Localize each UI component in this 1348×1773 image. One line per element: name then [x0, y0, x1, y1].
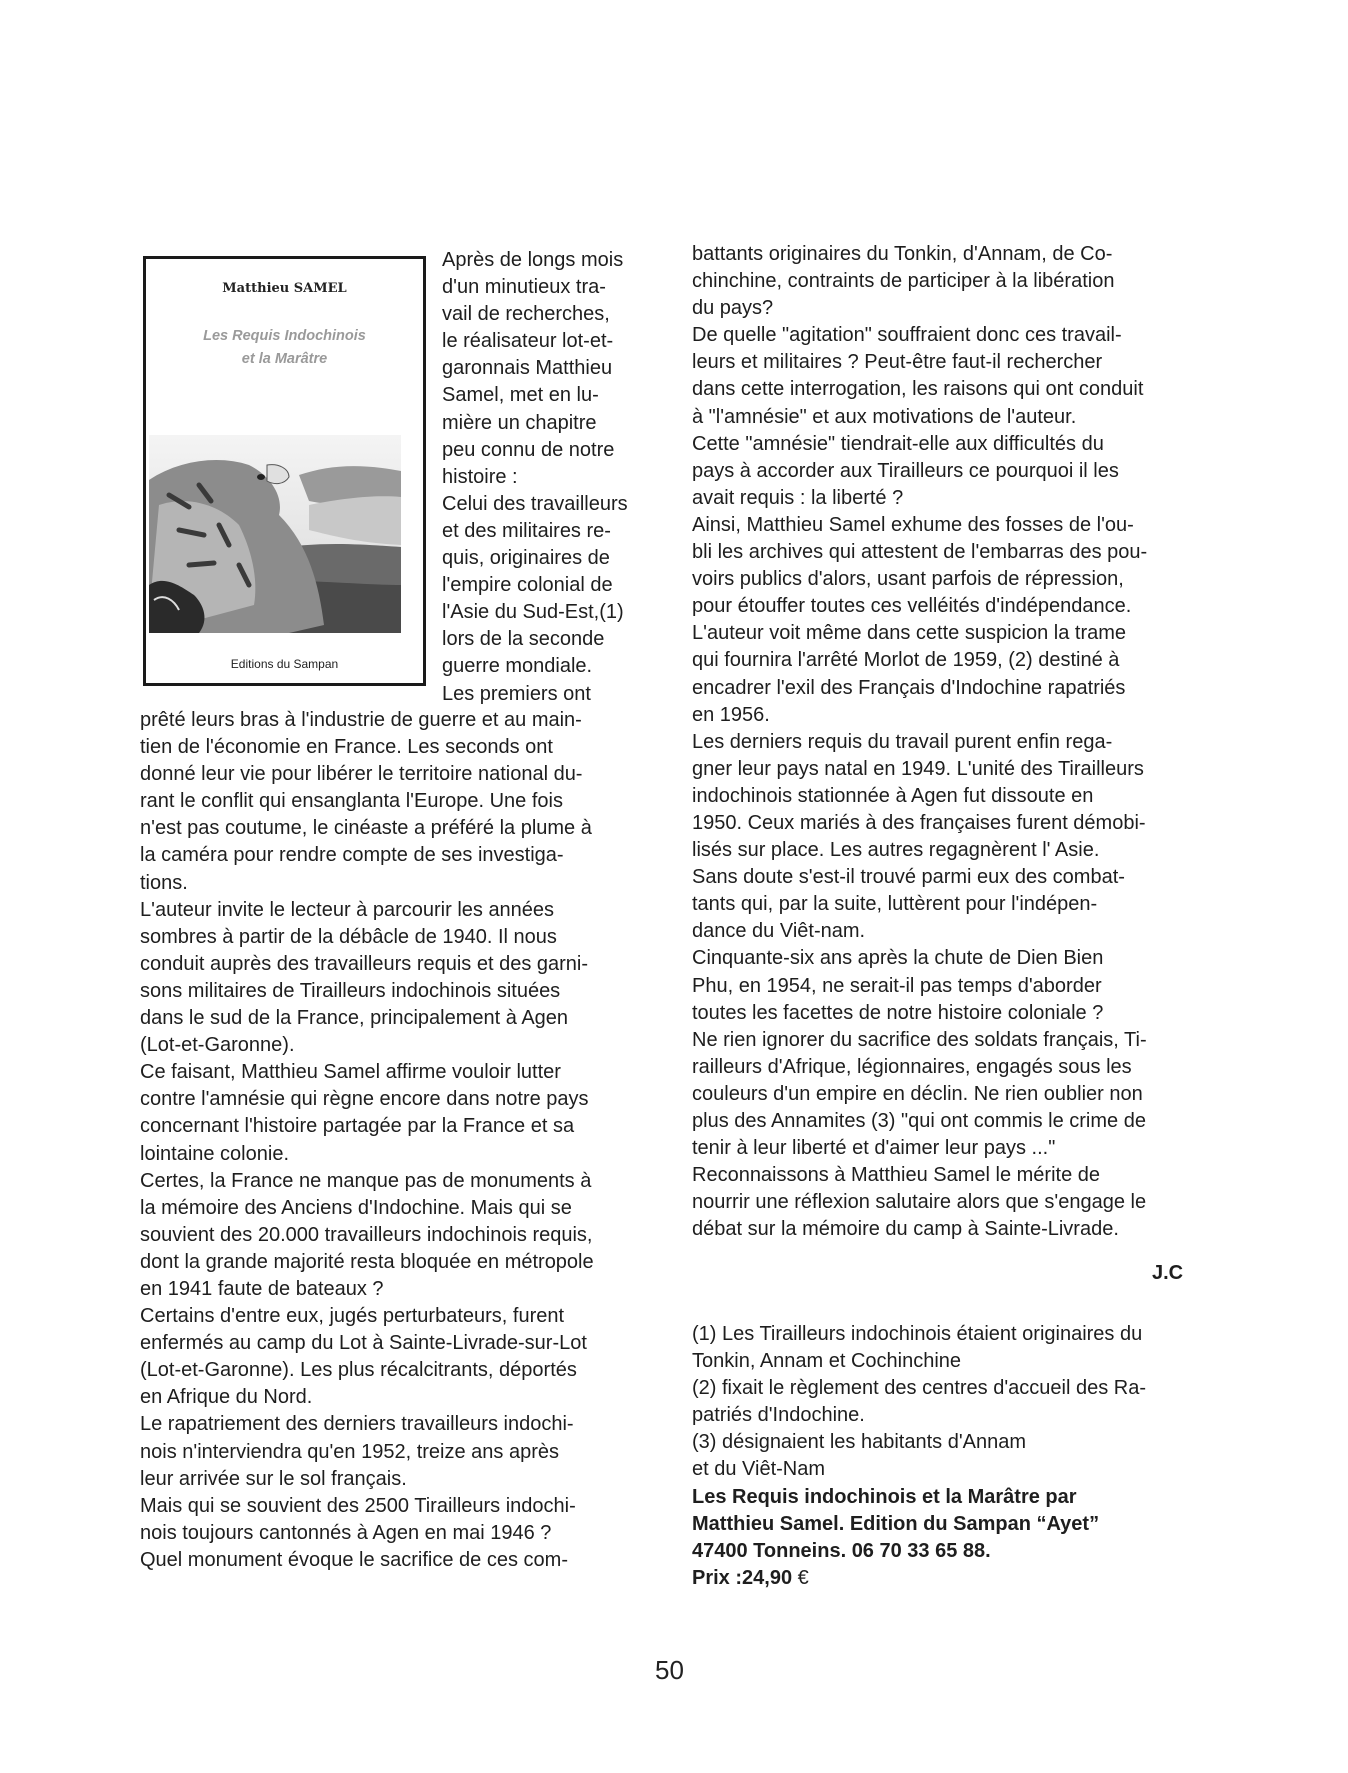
text-line: Le rapatriement des derniers travailleur… — [140, 1411, 660, 1438]
book-cover-image: Matthieu SAMEL Les Requis Indochinois et… — [143, 256, 426, 686]
author-signature: J.C — [1152, 1262, 1183, 1285]
text-line: garonnais Matthieu — [442, 355, 662, 382]
text-line: dans le sud de la France, principalement… — [140, 1005, 660, 1032]
text-line: toutes les facettes de notre histoire co… — [692, 1000, 1212, 1027]
text-line: Quel monument évoque le sacrifice de ces… — [140, 1547, 660, 1574]
text-line: la mémoire des Anciens d'Indochine. Mais… — [140, 1195, 660, 1222]
page-number: 50 — [655, 1655, 684, 1686]
text-line: Cette "amnésie" tiendrait-elle aux diffi… — [692, 431, 1212, 458]
cover-illustration — [149, 435, 401, 633]
text-line: Les premiers ont — [442, 681, 662, 708]
text-line: histoire : — [442, 464, 662, 491]
text-line: pays à accorder aux Tirailleurs ce pourq… — [692, 458, 1212, 485]
text-line: Cinquante-six ans après la chute de Dien… — [692, 945, 1212, 972]
text-line: tions. — [140, 870, 660, 897]
cover-title: Les Requis Indochinois et la Marâtre — [146, 325, 423, 371]
footnote-line: (2) fixait le règlement des centres d'ac… — [692, 1375, 1212, 1402]
text-line: nois n'interviendra qu'en 1952, treize a… — [140, 1439, 660, 1466]
cover-publisher: Editions du Sampan — [146, 657, 423, 671]
footnote-line: Tonkin, Annam et Cochinchine — [692, 1348, 1212, 1375]
text-line: le réalisateur lot-et- — [442, 328, 662, 355]
text-line: peu connu de notre — [442, 437, 662, 464]
text-line: tien de l'économie en France. Les second… — [140, 734, 660, 761]
text-line: à "l'amnésie" et aux motivations de l'au… — [692, 404, 1212, 431]
text-line: nois toujours cantonnés à Agen en mai 19… — [140, 1520, 660, 1547]
text-line: dance du Viêt-nam. — [692, 918, 1212, 945]
text-line: Sans doute s'est-il trouvé parmi eux des… — [692, 864, 1212, 891]
text-line: dont la grande majorité resta bloquée en… — [140, 1249, 660, 1276]
footnote-line: patriés d'Indochine. — [692, 1402, 1212, 1429]
text-line: De quelle "agitation" souffraient donc c… — [692, 322, 1212, 349]
text-line: nourrir une réflexion salutaire alors qu… — [692, 1189, 1212, 1216]
book-info-line: Matthieu Samel. Edition du Sampan “Ayet” — [692, 1511, 1212, 1538]
document-page: Matthieu SAMEL Les Requis Indochinois et… — [0, 0, 1348, 1773]
text-line: L'auteur invite le lecteur à parcourir l… — [140, 897, 660, 924]
text-line: leur arrivée sur le sol français. — [140, 1466, 660, 1493]
text-line: leurs et militaires ? Peut-être faut-il … — [692, 349, 1212, 376]
text-line: vail de recherches, — [442, 301, 662, 328]
text-line: Mais qui se souvient des 2500 Tirailleur… — [140, 1493, 660, 1520]
left-column-text: prêté leurs bras à l'industrie de guerre… — [140, 707, 660, 1574]
text-line: Samel, met en lu- — [442, 382, 662, 409]
book-info-line: 47400 Tonneins. 06 70 33 65 88. — [692, 1538, 1212, 1565]
text-line: bli les archives qui attestent de l'emba… — [692, 539, 1212, 566]
text-line: Après de longs mois — [442, 247, 662, 274]
text-line: Celui des travailleurs — [442, 491, 662, 518]
book-info-line: Les Requis indochinois et la Marâtre par — [692, 1484, 1212, 1511]
right-column-text: battants originaires du Tonkin, d'Annam,… — [692, 241, 1212, 1243]
text-line: encadrer l'exil des Français d'Indochine… — [692, 675, 1212, 702]
text-line: conduit auprès des travailleurs requis e… — [140, 951, 660, 978]
text-line: Ainsi, Matthieu Samel exhume des fosses … — [692, 512, 1212, 539]
footnote-line: (1) Les Tirailleurs indochinois étaient … — [692, 1321, 1212, 1348]
text-line: couleurs d'un empire en déclin. Ne rien … — [692, 1081, 1212, 1108]
text-line: voirs publics d'alors, usant parfois de … — [692, 566, 1212, 593]
text-line: mière un chapitre — [442, 410, 662, 437]
text-line: battants originaires du Tonkin, d'Annam,… — [692, 241, 1212, 268]
text-line: Certes, la France ne manque pas de monum… — [140, 1168, 660, 1195]
text-line: en Afrique du Nord. — [140, 1384, 660, 1411]
text-line: débat sur la mémoire du camp à Sainte-Li… — [692, 1216, 1212, 1243]
footnote-line: et du Viêt-Nam — [692, 1456, 1212, 1483]
text-line: guerre mondiale. — [442, 653, 662, 680]
text-line: indochinois stationnée à Agen fut dissou… — [692, 783, 1212, 810]
text-line: tants qui, par la suite, luttèrent pour … — [692, 891, 1212, 918]
text-line: l'empire colonial de — [442, 572, 662, 599]
text-line: sombres à partir de la débâcle de 1940. … — [140, 924, 660, 951]
cover-author: Matthieu SAMEL — [146, 281, 423, 296]
text-line: en 1956. — [692, 702, 1212, 729]
text-line: gner leur pays natal en 1949. L'unité de… — [692, 756, 1212, 783]
text-line: d'un minutieux tra- — [442, 274, 662, 301]
text-line: et des militaires re- — [442, 518, 662, 545]
text-line: la caméra pour rendre compte de ses inve… — [140, 842, 660, 869]
text-line: du pays? — [692, 295, 1212, 322]
intro-text-block: Après de longs mois d'un minutieux tra- … — [442, 247, 662, 708]
text-line: avait requis : la liberté ? — [692, 485, 1212, 512]
text-line: pour étouffer toutes ces velléités d'ind… — [692, 593, 1212, 620]
text-line: donné leur vie pour libérer le territoir… — [140, 761, 660, 788]
text-line: prêté leurs bras à l'industrie de guerre… — [140, 707, 660, 734]
text-line: en 1941 faute de bateaux ? — [140, 1276, 660, 1303]
text-line: lors de la seconde — [442, 626, 662, 653]
footnotes: (1) Les Tirailleurs indochinois étaient … — [692, 1321, 1212, 1484]
price-line: Prix :24,90 € — [692, 1565, 1212, 1592]
text-line: sons militaires de Tirailleurs indochino… — [140, 978, 660, 1005]
footnote-line: (3) désignaient les habitants d'Annam — [692, 1429, 1212, 1456]
text-line: contre l'amnésie qui règne encore dans n… — [140, 1086, 660, 1113]
text-line: qui fournira l'arrêté Morlot de 1959, (2… — [692, 647, 1212, 674]
text-line: (Lot-et-Garonne). — [140, 1032, 660, 1059]
text-line: lointaine colonie. — [140, 1141, 660, 1168]
text-line: concernant l'histoire partagée par la Fr… — [140, 1113, 660, 1140]
text-line: Phu, en 1954, ne serait-il pas temps d'a… — [692, 973, 1212, 1000]
text-line: plus des Annamites (3) "qui ont commis l… — [692, 1108, 1212, 1135]
text-line: quis, originaires de — [442, 545, 662, 572]
text-line: Ne rien ignorer du sacrifice des soldats… — [692, 1027, 1212, 1054]
text-line: L'auteur voit même dans cette suspicion … — [692, 620, 1212, 647]
book-info: Les Requis indochinois et la Marâtre par… — [692, 1484, 1212, 1592]
text-line: lisés sur place. Les autres regagnèrent … — [692, 837, 1212, 864]
text-line: Ce faisant, Matthieu Samel affirme voulo… — [140, 1059, 660, 1086]
text-line: 1950. Ceux mariés à des françaises furen… — [692, 810, 1212, 837]
text-line: dans cette interrogation, les raisons qu… — [692, 376, 1212, 403]
text-line: chinchine, contraints de participer à la… — [692, 268, 1212, 295]
text-line: rant le conflit qui ensanglanta l'Europe… — [140, 788, 660, 815]
text-line: enfermés au camp du Lot à Sainte-Livrade… — [140, 1330, 660, 1357]
text-line: tenir à leur liberté et d'aimer leur pay… — [692, 1135, 1212, 1162]
text-line: Reconnaissons à Matthieu Samel le mérite… — [692, 1162, 1212, 1189]
text-line: n'est pas coutume, le cinéaste a préféré… — [140, 815, 660, 842]
text-line: Les derniers requis du travail purent en… — [692, 729, 1212, 756]
text-line: (Lot-et-Garonne). Les plus récalcitrants… — [140, 1357, 660, 1384]
text-line: souvient des 20.000 travailleurs indochi… — [140, 1222, 660, 1249]
price-label: Prix :24,90 — [692, 1567, 792, 1589]
text-line: Certains d'entre eux, jugés perturbateur… — [140, 1303, 660, 1330]
euro-icon: € — [798, 1567, 809, 1589]
text-line: railleurs d'Afrique, légionnaires, engag… — [692, 1054, 1212, 1081]
text-line: l'Asie du Sud-Est,(1) — [442, 599, 662, 626]
